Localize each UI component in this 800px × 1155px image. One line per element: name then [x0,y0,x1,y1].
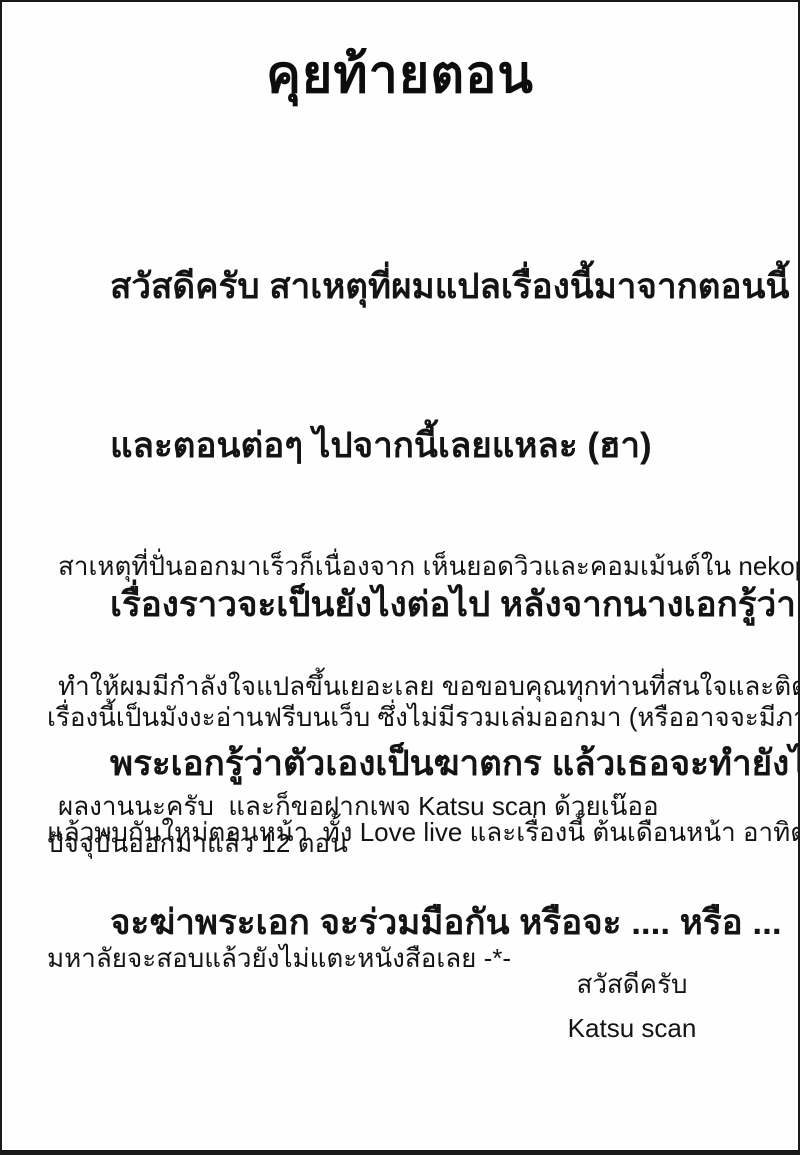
paragraph-line: แล้วพบกันใหม่ตอนหน้า ทั้ง Love live และเ… [47,811,800,853]
afterword-page: คุยท้ายตอน สวัสดีครับ สาเหตุที่ผมแปลเรื่… [0,0,800,1155]
paragraph-line: และตอนต่อๆ ไปจากนี้เลยแหละ (ฮา) [110,419,800,472]
page-title: คุยท้ายตอน [2,44,798,106]
paragraph-line: สาเหตุที่ปั่นออกมาเร็วก็เนื่องจาก เห็นยอ… [58,546,800,586]
signature-block: สวัสดีครับ Katsu scan [502,962,762,1050]
signature-name: Katsu scan [502,1006,762,1050]
signature-greeting: สวัสดีครับ [502,962,762,1006]
paragraph-line: สวัสดีครับ สาเหตุที่ผมแปลเรื่องนี้มาจากต… [110,260,800,313]
